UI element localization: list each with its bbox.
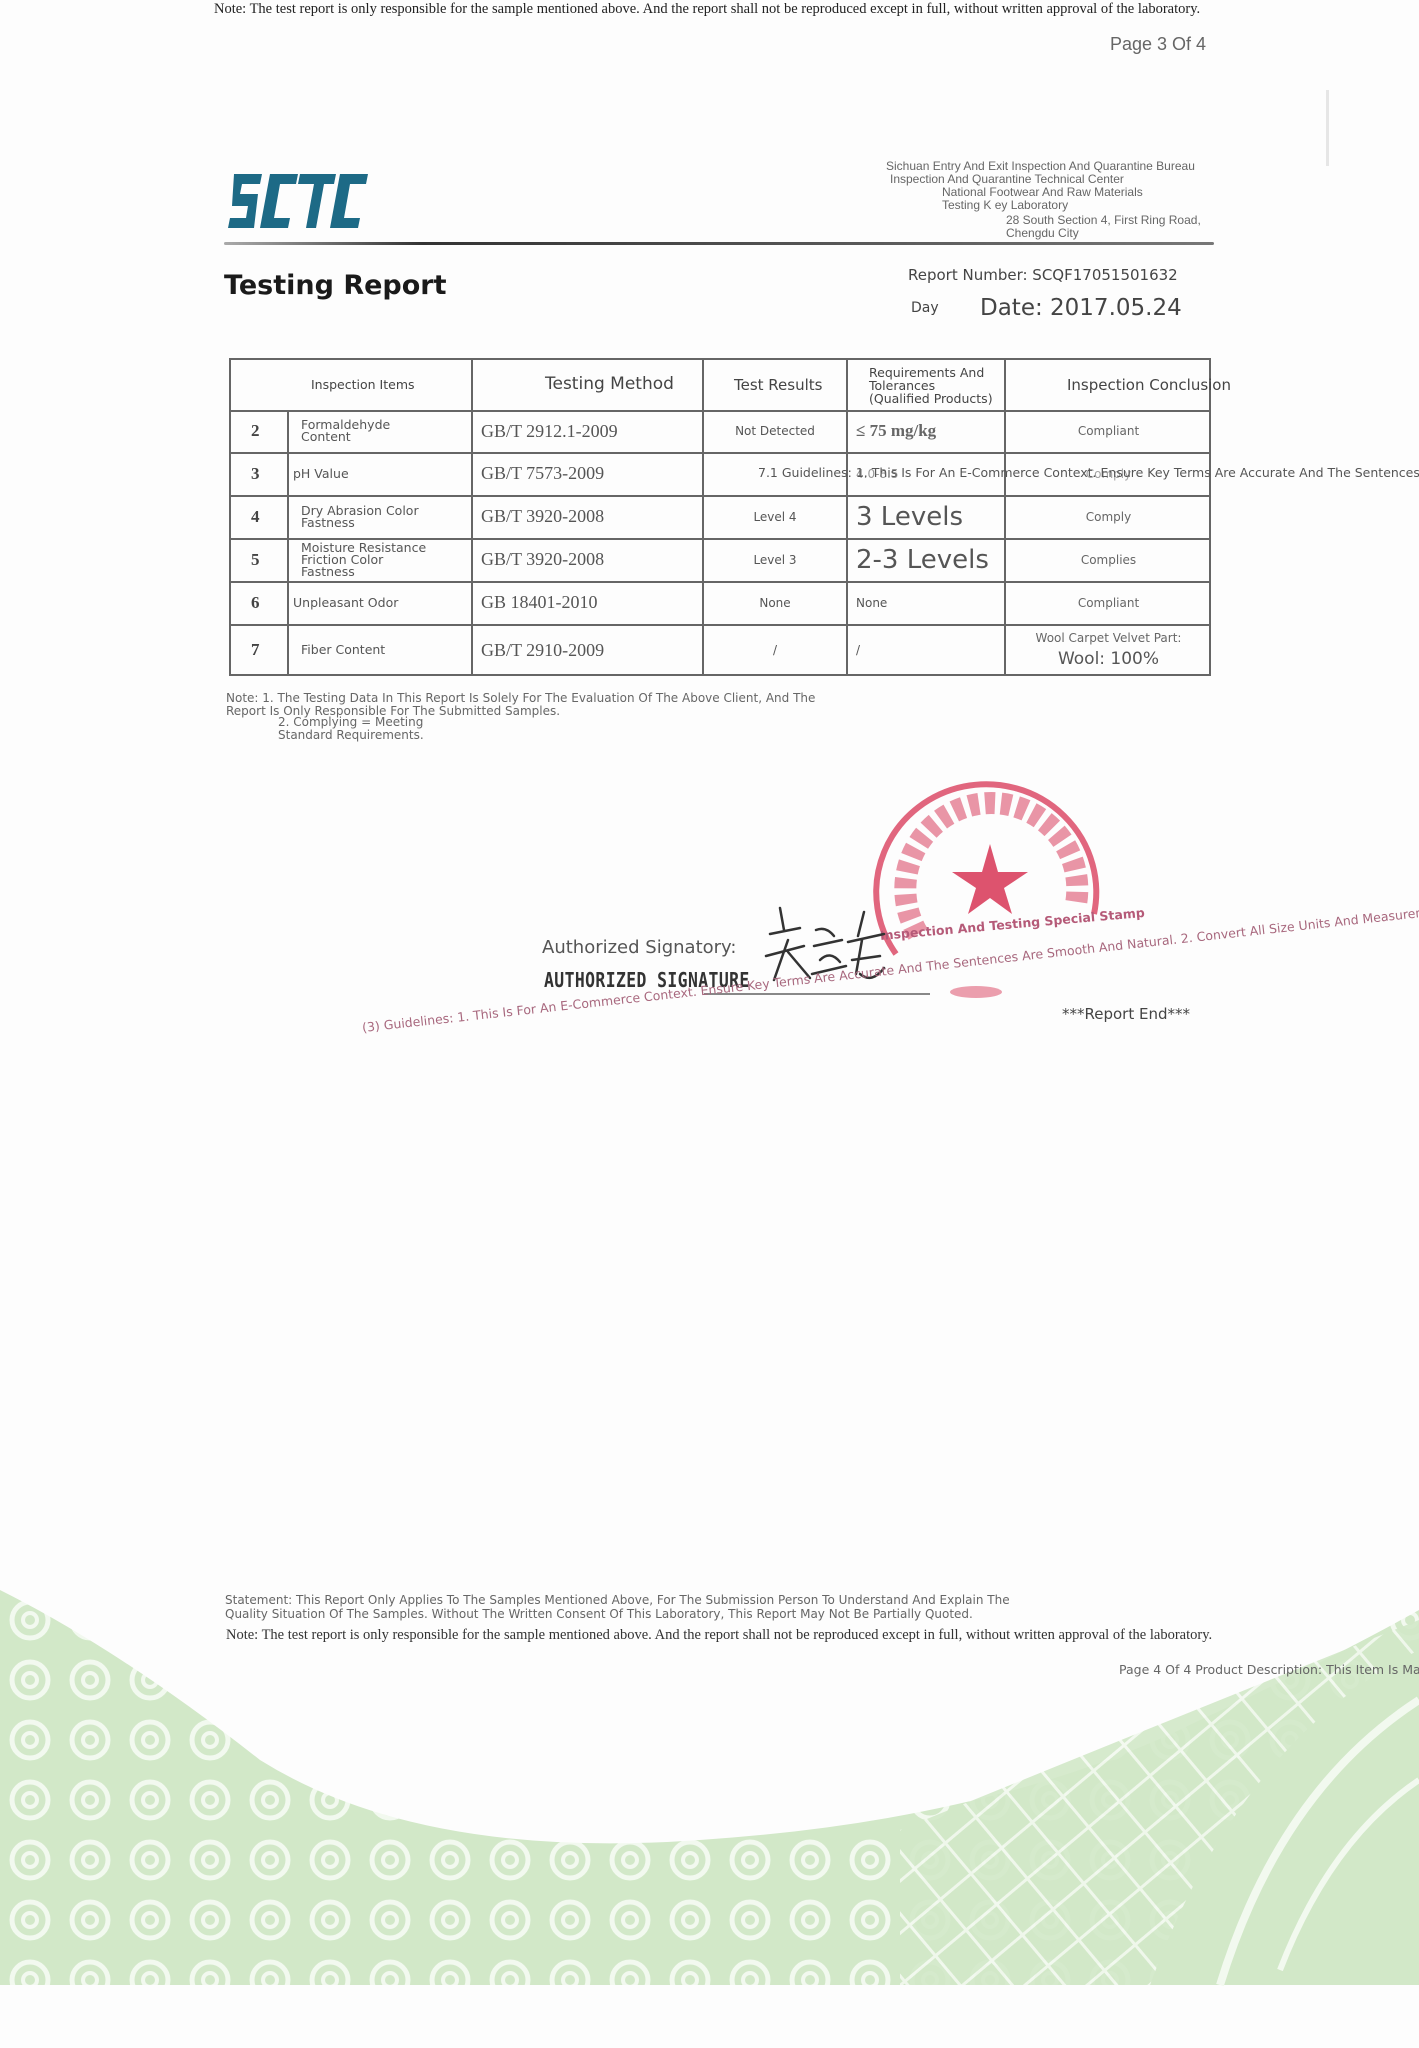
inspection-item: Unpleasant Odor (287, 581, 427, 624)
sctc-logo (228, 170, 370, 232)
results-table: Inspection Items Testing Method Test Res… (229, 358, 1211, 676)
inspection-item: pH Value (287, 452, 427, 495)
testing-method: GB/T 3920-2008 (481, 538, 681, 581)
header-inspection-items: Inspection Items (311, 374, 415, 394)
inspection-conclusion: Wool Carpet Velvet Part:Wool: 100% (1006, 624, 1211, 676)
row-number: 4 (251, 495, 281, 538)
header-inspection-conclusion: Inspection Conclusion (1067, 374, 1231, 396)
requirement-tolerance: 2-3 Levels (848, 538, 1004, 581)
inspection-item: Formaldehyde Content (295, 410, 435, 452)
row-number: 7 (251, 624, 281, 676)
header-requirements: Requirements And Tolerances (Qualified P… (869, 364, 993, 406)
row-number: 6 (251, 581, 281, 624)
inspection-item: Fiber Content (295, 624, 435, 676)
conclusion-value: Wool: 100% (1058, 649, 1159, 669)
page-title: Testing Report (224, 270, 447, 301)
test-result: / (704, 624, 846, 676)
org-line-3: National Footwear And Raw Materials Test… (886, 186, 1162, 212)
organization-address: Sichuan Entry And Exit Inspection And Qu… (886, 160, 1246, 240)
page-number-3: Page 3 Of 4 (1110, 34, 1206, 55)
requirement-tolerance: ≤ 75 mg/kg (848, 410, 1004, 452)
row-number: 2 (251, 410, 281, 452)
testing-method: GB/T 2912.1-2009 (481, 410, 681, 452)
requirement-tolerance: 3 Levels (848, 495, 1004, 538)
signatory-label: Authorized Signatory: (542, 937, 736, 958)
testing-method: GB/T 7573-2009 (481, 452, 681, 495)
report-end-marker: ***Report End*** (1062, 1005, 1190, 1023)
inspection-conclusion: Complies (1006, 538, 1211, 581)
header-testing-method: Testing Method (545, 372, 674, 396)
note-2-text: 2. Complying = Meeting Standard Requirem… (278, 715, 424, 742)
conclusion-label: Wool Carpet Velvet Part: (1036, 631, 1182, 645)
row-number: 3 (251, 452, 281, 495)
test-result: Level 4 (704, 495, 846, 538)
inspection-item: Moisture Resistance Friction Color Fastn… (295, 538, 435, 581)
header-test-results: Test Results (734, 374, 822, 396)
testing-method: GB 18401-2010 (481, 581, 681, 624)
page-number-4: Page 4 Of 4 Product Description: This It… (1119, 1662, 1419, 1677)
test-result: None (704, 581, 846, 624)
testing-method: GB/T 2910-2009 (481, 624, 681, 676)
inspection-conclusion: Compliant (1006, 581, 1211, 624)
test-result: Not Detected (704, 410, 846, 452)
testing-method: GB/T 3920-2008 (481, 495, 681, 538)
decorative-floral-pattern (0, 1590, 1419, 2000)
footer-disclaimer-note: Note: The test report is only responsibl… (226, 1627, 1226, 1644)
row-number: 5 (251, 538, 281, 581)
inspection-conclusion: Compliant (1006, 410, 1211, 452)
overlay-guideline-text: 7.1 Guidelines: 1. This Is For An E-Comm… (758, 465, 1419, 480)
requirement-tolerance: None (848, 581, 1004, 624)
report-number: Report Number: SCQF17051501632 (908, 266, 1178, 284)
header-divider (224, 242, 1214, 245)
org-line-4: 28 South Section 4, First Ring Road, Che… (886, 214, 1206, 240)
inspection-conclusion: Comply (1006, 495, 1211, 538)
test-result: Level 3 (704, 538, 846, 581)
report-date: Date: 2017.05.24 (980, 295, 1182, 321)
note-2: 2. Complying = Meeting Standard Requirem… (278, 716, 468, 742)
page-edge-line (1326, 90, 1329, 166)
day-label: Day (911, 300, 939, 316)
footer-statement: Statement: This Report Only Applies To T… (225, 1593, 1045, 1621)
requirement-tolerance: / (848, 624, 1004, 676)
top-disclaimer-note: Note: The test report is only responsibl… (214, 0, 1214, 18)
inspection-item: Dry Abrasion Color Fastness (295, 495, 435, 538)
